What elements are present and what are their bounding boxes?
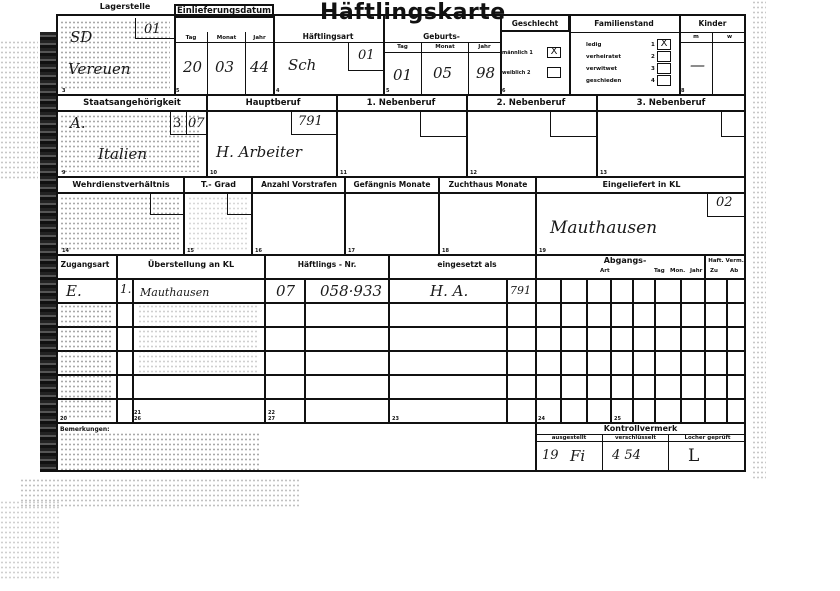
vorstrafen-label: Anzahl Vorstrafen <box>253 180 345 189</box>
scan-noise <box>20 478 300 508</box>
ausgestellt-value: 19 <box>542 448 559 463</box>
scan-noise <box>752 0 766 480</box>
tgrad-label: T.- Grad <box>185 180 252 189</box>
kinder-value: — <box>690 56 705 74</box>
hauptberuf-label: Hauptberuf <box>206 98 340 108</box>
staat-code1: 3 <box>173 116 181 131</box>
kontrollvermerk-label: Kontrollvermerk <box>535 424 746 433</box>
zuchthaus-label: Zuchthaus Monate <box>440 180 536 189</box>
eingesetzt-code: 791 <box>510 284 531 297</box>
lagerstelle-label: Lagerstelle <box>80 2 170 11</box>
nebenberuf2-label: 2. Nebenberuf <box>466 98 596 108</box>
eingeliefert-code: 02 <box>716 195 733 210</box>
geburts-label: Geburts- <box>383 32 500 41</box>
ueberstellung-header: Überstellung an KL <box>118 260 264 269</box>
geschieden-checkbox[interactable] <box>657 75 671 86</box>
zugangsart-value: E. <box>66 282 82 300</box>
gefaengnis-label: Gefängnis Monate <box>346 180 438 189</box>
haeftlingsart-value: Sch <box>288 56 316 74</box>
page-title: Häftlingskarte <box>320 0 506 25</box>
nebenberuf1-label: 1. Nebenberuf <box>336 98 466 108</box>
haeftlings-nr-value: 058·933 <box>320 282 382 300</box>
einlieferung-monat: 03 <box>215 58 234 76</box>
haeftlingskarte-card: Lagerstelle Einlieferungsdatum Häftlings… <box>40 0 748 485</box>
staatsangehoerigkeit-short: A. <box>70 114 86 132</box>
geburts-tag: 01 <box>393 66 412 84</box>
geburts-jahr: 98 <box>476 64 495 82</box>
eingesetzt-header: eingesetzt als <box>390 260 544 269</box>
nebenberuf3-label: 3. Nebenberuf <box>596 98 746 108</box>
haeftlingsart-label: Häftlingsart <box>273 32 383 41</box>
lager-code: SD <box>70 28 92 46</box>
staatsangehoerigkeit-label: Staatsangehörigkeit <box>60 98 204 108</box>
wehrdienst-label: Wehrdienstverhältnis <box>60 180 182 189</box>
eingesetzt-value: H. A. <box>430 282 468 300</box>
zugangsart-sub: 1. <box>120 282 131 296</box>
einlieferungsdatum-label: Einlieferungsdatum <box>174 6 274 16</box>
staat-code2: 07 <box>188 116 205 131</box>
haeftlingsart-code: 01 <box>358 48 375 63</box>
lager-number: 01 <box>144 22 161 37</box>
kl-code: 07 <box>276 282 295 300</box>
scan-noise <box>0 40 38 180</box>
ueberstellung-value: Mauthausen <box>140 286 209 299</box>
locher-value: L <box>688 446 699 466</box>
geschlecht-label: Geschlecht <box>500 19 570 28</box>
hauptberuf-code: 791 <box>298 114 323 129</box>
verheiratet-checkbox[interactable] <box>657 51 671 62</box>
eingeliefert-label: Eingeliefert in KL <box>537 180 746 189</box>
zugangsart-header: Zugangsart <box>58 260 112 269</box>
ledig-checkbox[interactable]: X <box>657 39 671 50</box>
weiblich-checkbox[interactable] <box>547 67 561 78</box>
hauptberuf-value: H. Arbeiter <box>216 143 302 161</box>
eingeliefert-value: Mauthausen <box>550 218 657 238</box>
abgangs-header: Abgangs- <box>575 256 675 265</box>
verwitwet-checkbox[interactable] <box>657 63 671 74</box>
scan-noise <box>0 500 60 580</box>
familienstand-label: Familienstand <box>569 19 679 28</box>
kinder-label: Kinder <box>679 19 746 28</box>
geburts-monat: 05 <box>433 64 452 82</box>
einlieferung-tag: 20 <box>183 58 202 76</box>
staatsangehoerigkeit-value: Italien <box>98 145 147 163</box>
lager-name: Vereuen <box>68 60 131 78</box>
haeftlings-nr-header: Häftlings - Nr. <box>266 260 388 269</box>
ausgestellt-initials: Fi <box>570 447 585 465</box>
verschluesselt-value: 4 54 <box>612 448 641 463</box>
einlieferung-jahr: 44 <box>250 58 269 76</box>
maennlich-checkbox[interactable]: X <box>547 47 561 58</box>
